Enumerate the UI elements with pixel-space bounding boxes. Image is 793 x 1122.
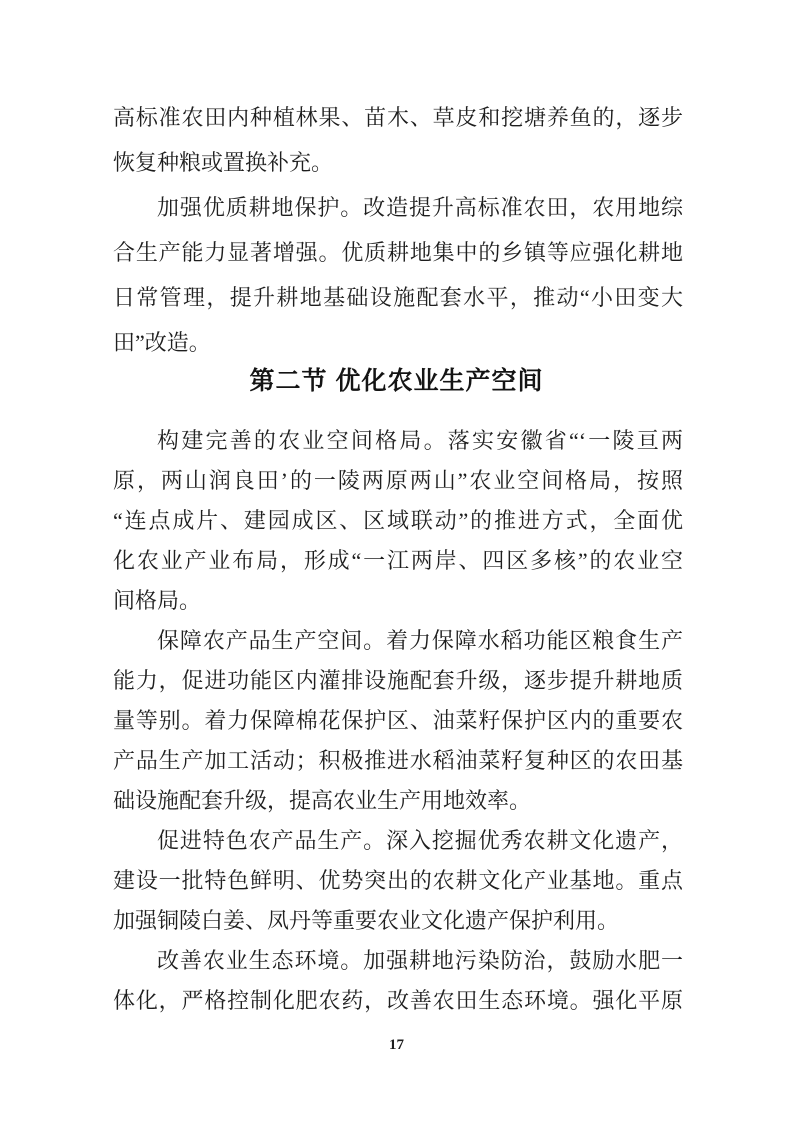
text-line: 能力，促进功能区内灌排设施配套升级，逐步提升耕地质 [113, 661, 683, 701]
text-line: 恢复种粮或置换补充。 [113, 140, 683, 185]
paragraph: 构建完善的农业空间格局。落实安徽省“‘一陵亘两原，两山润良田’的一陵两原两山”农… [113, 421, 683, 621]
body-text-lower: 构建完善的农业空间格局。落实安徽省“‘一陵亘两原，两山润良田’的一陵两原两山”农… [113, 421, 683, 1021]
text-line: 高标准农田内种植林果、苗木、草皮和挖塘养鱼的，逐步 [113, 95, 683, 140]
paragraph: 高标准农田内种植林果、苗木、草皮和挖塘养鱼的，逐步恢复种粮或置换补充。 [113, 95, 683, 185]
body-text-upper: 高标准农田内种植林果、苗木、草皮和挖塘养鱼的，逐步恢复种粮或置换补充。加强优质耕… [113, 95, 683, 365]
paragraph: 促进特色农产品生产。深入挖掘优秀农耕文化遗产，建设一批特色鲜明、优势突出的农耕文… [113, 821, 683, 941]
text-line: 产品生产加工活动；积极推进水稻油菜籽复种区的农田基 [113, 741, 683, 781]
text-line: 日常管理，提升耕地基础设施配套水平，推动“小田变大 [113, 275, 683, 320]
text-line: 加强优质耕地保护。改造提升高标准农田，农用地综 [113, 185, 683, 230]
text-line: 合生产能力显著增强。优质耕地集中的乡镇等应强化耕地 [113, 230, 683, 275]
text-line: 田”改造。 [113, 320, 683, 365]
page-number: 17 [0, 1035, 793, 1055]
paragraph: 改善农业生态环境。加强耕地污染防治，鼓励水肥一体化，严格控制化肥农药，改善农田生… [113, 941, 683, 1021]
text-line: 加强铜陵白姜、凤丹等重要农业文化遗产保护利用。 [113, 901, 683, 941]
text-line: 构建完善的农业空间格局。落实安徽省“‘一陵亘两 [113, 421, 683, 461]
paragraph: 加强优质耕地保护。改造提升高标准农田，农用地综合生产能力显著增强。优质耕地集中的… [113, 185, 683, 365]
text-line: 间格局。 [113, 581, 683, 621]
text-line: “连点成片、建园成区、区域联动”的推进方式，全面优 [113, 501, 683, 541]
paragraph: 保障农产品生产空间。着力保障水稻功能区粮食生产能力，促进功能区内灌排设施配套升级… [113, 621, 683, 821]
text-line: 改善农业生态环境。加强耕地污染防治，鼓励水肥一 [113, 941, 683, 981]
text-line: 原，两山润良田’的一陵两原两山”农业空间格局，按照 [113, 461, 683, 501]
text-line: 础设施配套升级，提高农业生产用地效率。 [113, 781, 683, 821]
document-page: 高标准农田内种植林果、苗木、草皮和挖塘养鱼的，逐步恢复种粮或置换补充。加强优质耕… [0, 0, 793, 1122]
text-line: 化农业产业布局，形成“一江两岸、四区多核”的农业空 [113, 541, 683, 581]
text-line: 量等别。着力保障棉花保护区、油菜籽保护区内的重要农 [113, 701, 683, 741]
text-line: 促进特色农产品生产。深入挖掘优秀农耕文化遗产， [113, 821, 683, 861]
text-line: 保障农产品生产空间。着力保障水稻功能区粮食生产 [113, 621, 683, 661]
text-line: 体化，严格控制化肥农药，改善农田生态环境。强化平原 [113, 981, 683, 1021]
text-line: 建设一批特色鲜明、优势突出的农耕文化产业基地。重点 [113, 861, 683, 901]
section-heading: 第二节 优化农业生产空间 [0, 360, 793, 402]
